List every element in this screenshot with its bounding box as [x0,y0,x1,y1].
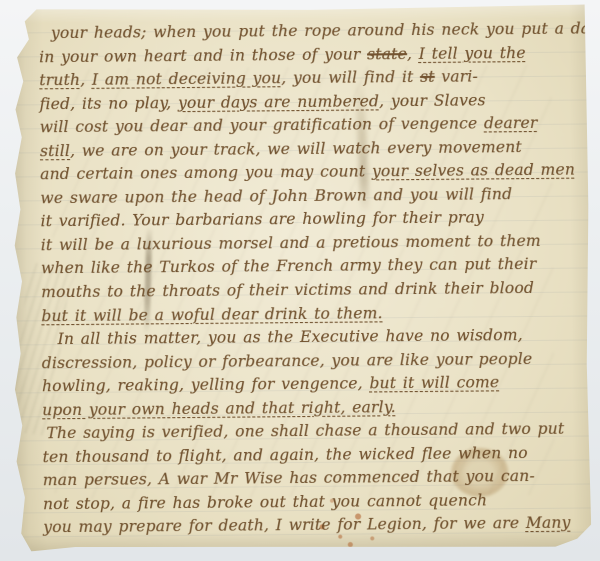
manuscript-segment-underline: I am not deceiving you [92,69,281,89]
manuscript-segment-strike: st [420,68,435,86]
manuscript-segment-underline: still [40,142,70,160]
manuscript-line: man persues, A war Mr Wise has commenced… [43,465,589,493]
manuscript-segment-underline: Many [526,514,571,532]
manuscript-segment: In all this matter, you as the Executive… [57,326,522,348]
manuscript-line: you may prepare for death, I write for L… [43,512,589,540]
manuscript-segment: we sware upon the head of John Brown and… [40,185,512,207]
manuscript-segment: , we are on your track, we will watch ev… [70,138,522,160]
manuscript-segment: , [407,45,419,63]
manuscript-segment: ten thousand to flight, and again, the w… [42,444,527,466]
manuscript-segment: mouths to the throats of their victims a… [41,279,534,301]
manuscript-segment-underline: upon your own heads and that right, earl… [42,398,396,419]
manuscript-segment: man persues, A war Mr Wise has commenced… [43,467,535,489]
manuscript-segment: it varified. Your barbarians are howling… [40,209,483,231]
manuscript-segment-underline: but it will be a woful dear drink to the… [41,304,382,325]
manuscript-text: your heads; when you put the rope around… [39,18,589,541]
scan-background: your heads; when you put the rope around… [0,0,600,561]
manuscript-segment: will cost you dear and your gratificatio… [40,115,484,137]
manuscript-segment-underline: truth [39,71,80,89]
manuscript-segment-underline: your days are numbered [178,92,379,112]
manuscript-segment-underline: but it will come [369,373,499,392]
manuscript-segment: your heads; when you put the rope around… [51,19,600,42]
manuscript-segment: , you will find it [281,68,420,87]
manuscript-segment: and certain ones among you may count [40,163,372,184]
manuscript-segment-underline: dearer [484,114,538,132]
manuscript-segment: discression, policy or forbearance, you … [42,350,533,372]
manuscript-segment: when like the Turkos of the French army … [41,255,537,277]
manuscript-segment-strike: state [367,45,407,63]
manuscript-segment: fied, its no play, [39,94,178,113]
manuscript-line: mouths to the throats of their victims a… [41,277,587,305]
manuscript-segment: in your own heart and in those of your [39,45,367,66]
manuscript-segment: howling, reaking, yelling for vengence, [42,375,370,396]
manuscript-segment: vari- [435,68,478,86]
manuscript-segment: not stop, a fire has broke out that you … [43,491,487,513]
manuscript-segment: , [80,71,92,89]
manuscript-segment-underline: I tell you the [419,44,526,63]
letter-paper: your heads; when you put the rope around… [11,4,592,551]
manuscript-segment: you may prepare for death, I write for L… [43,515,526,537]
manuscript-segment: , your Slaves [379,91,486,110]
manuscript-segment-underline: your selves as dead men [372,161,575,181]
manuscript-segment: The saying is verified, one shall chase … [46,420,564,443]
manuscript-segment: it will be a luxurious morsel and a pret… [41,232,541,254]
manuscript-line: discression, policy or forbearance, you … [42,347,588,375]
manuscript-line: in your own heart and in those of your s… [39,41,585,69]
